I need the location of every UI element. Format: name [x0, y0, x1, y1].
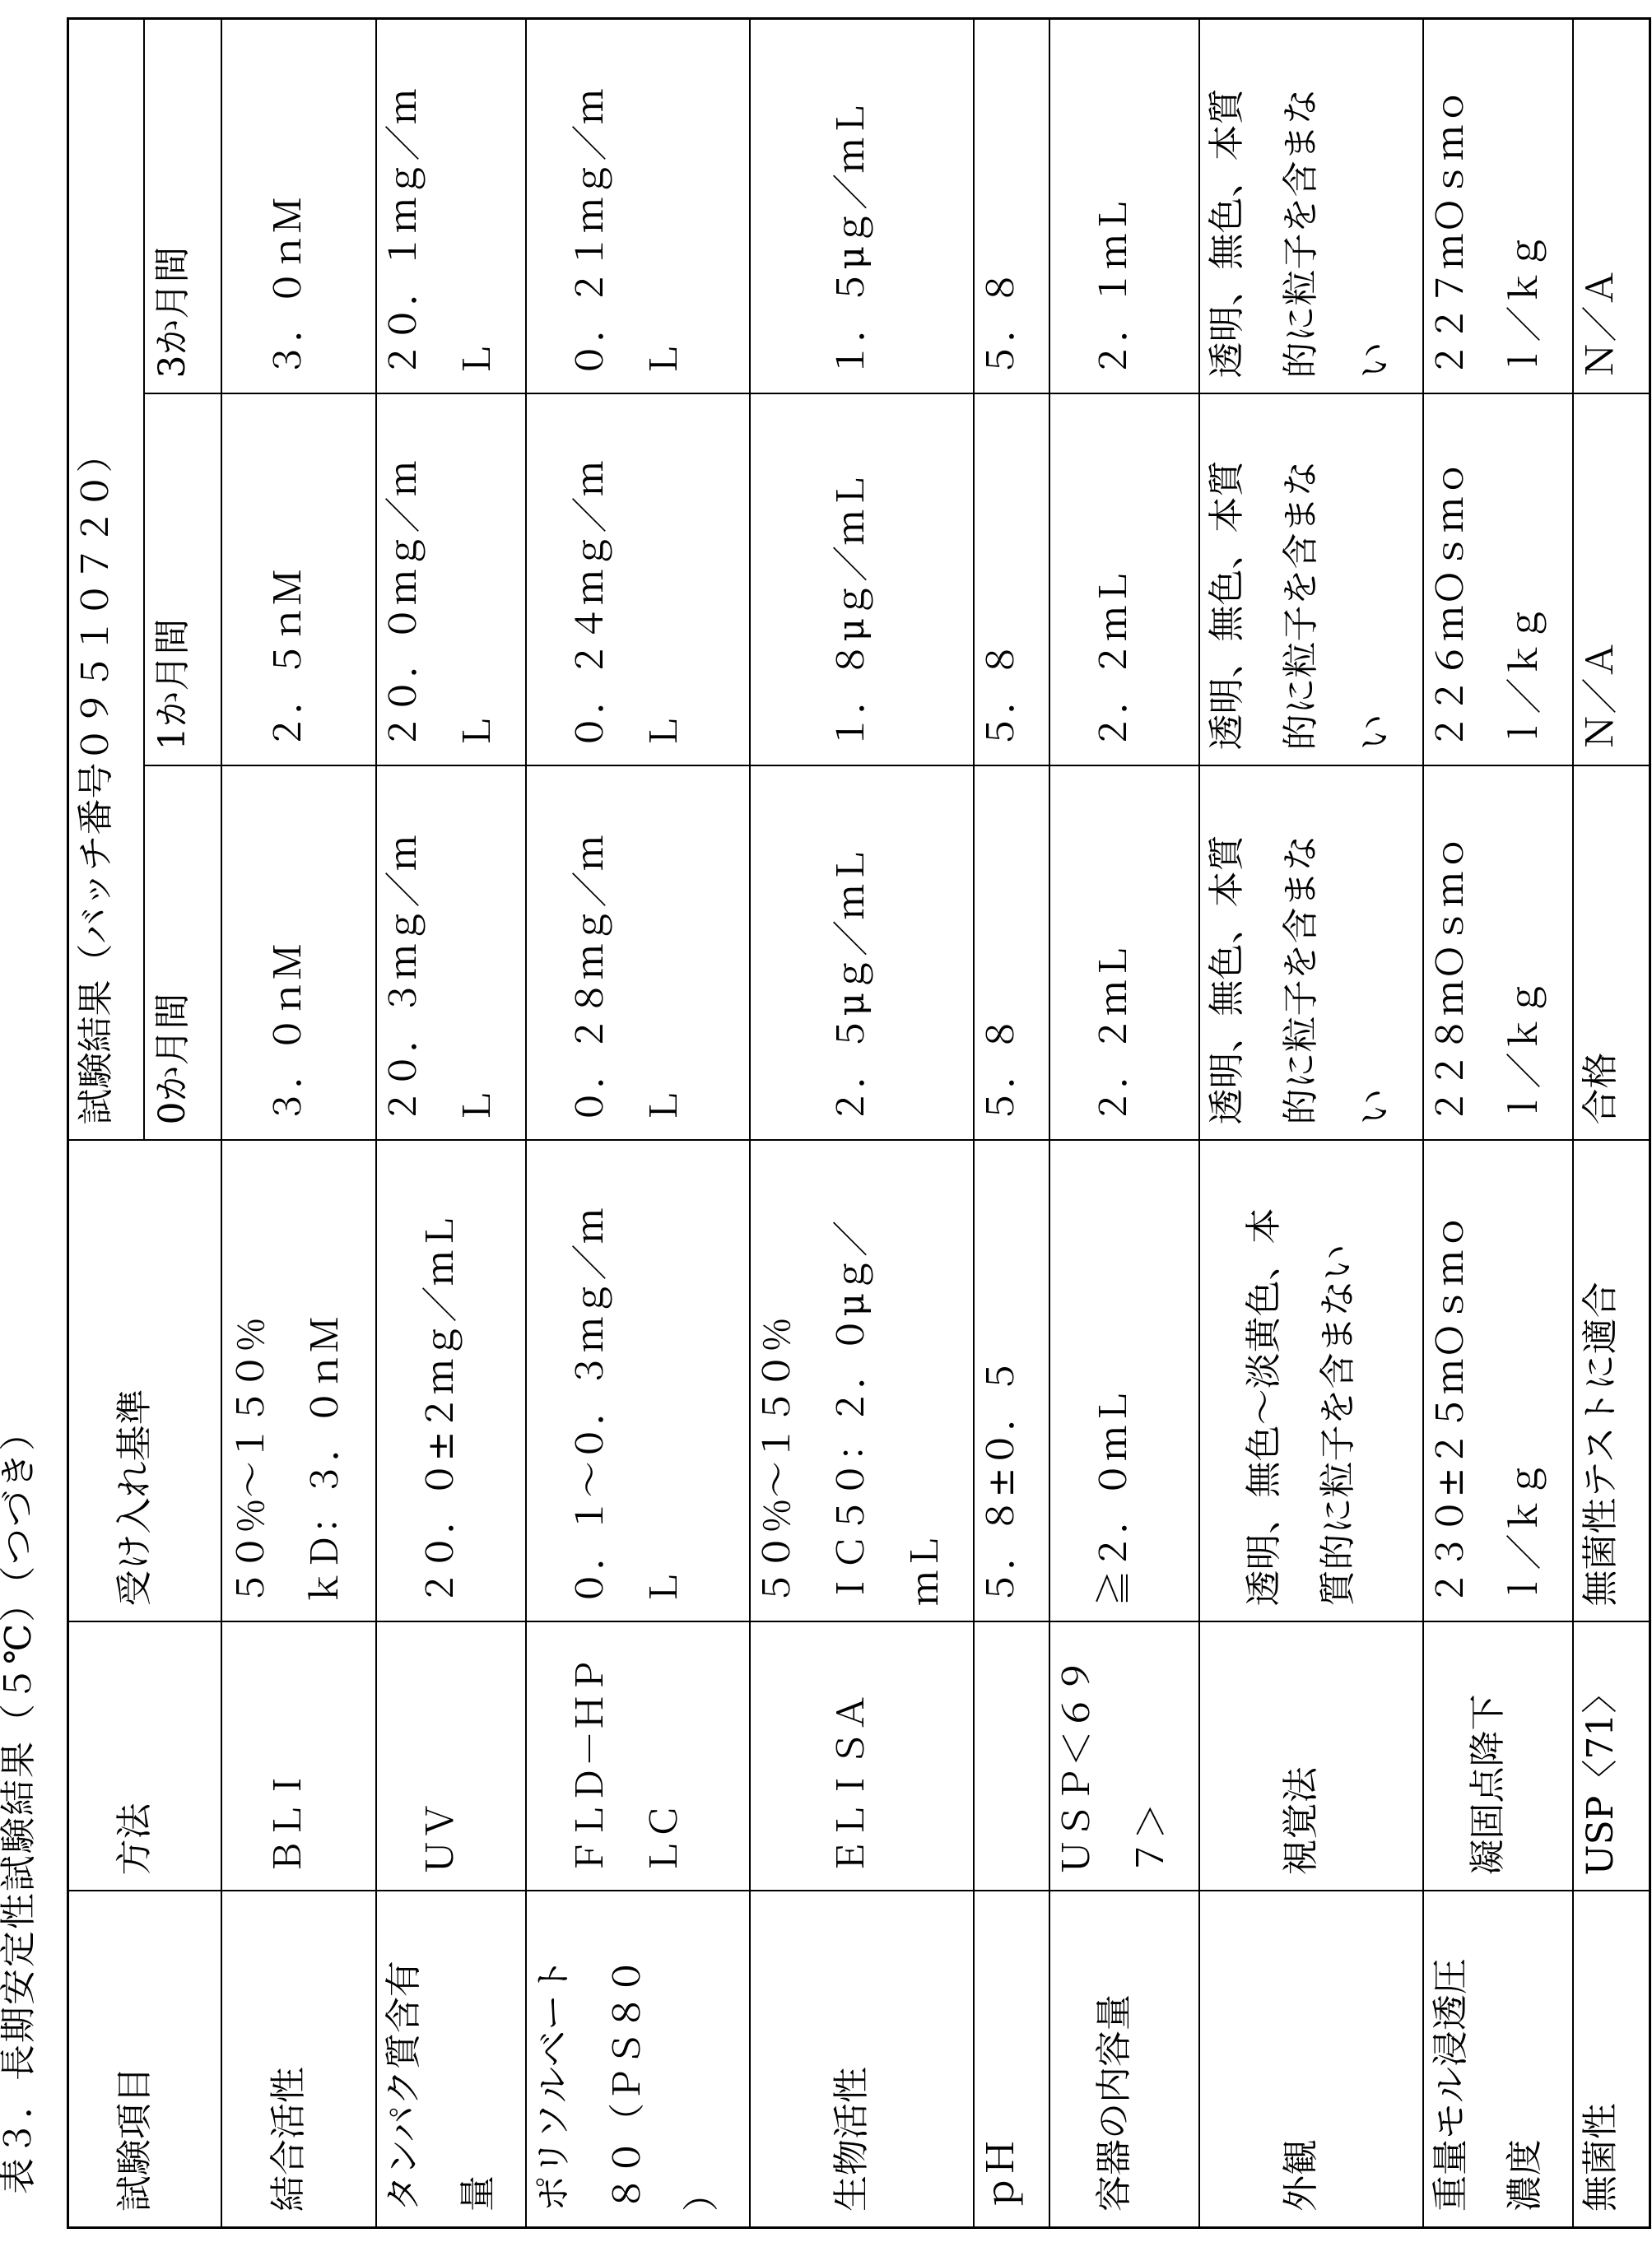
table-row: 生物活性 ＥＬＩＳＡ ５０％～１５０％ ＩＣ５０：２．０μｇ／ ｍＬ ２．５μｇ…: [750, 19, 974, 2228]
cell-result-1-month: Ｎ／Ａ: [1573, 394, 1650, 766]
cell-text: 生物活性: [815, 1892, 889, 2212]
table-row: 外観 視覚法 透明、無色～淡黄色、本 質的に粒子を含まない 透明、無色、本質 的…: [1199, 19, 1423, 2228]
header-timepoint-1-month: 1か月間: [144, 394, 221, 766]
cell-text: ２２７ｍＯｓｍｏ ｌ／ｋｇ: [1423, 20, 1562, 379]
cell-result-1-month: ２．５ｎＭ: [221, 394, 376, 766]
cell-result-1-month: ２．２ｍＬ: [1049, 394, 1199, 766]
cell-test-item: 重量モル浸透圧 濃度: [1423, 1891, 1573, 2228]
cell-text: ２３０±２５ｍＯｓｍｏ ｌ／ｋｇ: [1423, 1142, 1562, 1607]
cell-result-1-month: ０．２４ｍｇ／ｍ Ｌ: [526, 394, 750, 766]
cell-method: [974, 1622, 1049, 1891]
cell-test-item: 無菌性: [1573, 1891, 1650, 2228]
cell-text: 透明、無色、本質 的に粒子を含まな い: [1199, 395, 1412, 751]
cell-result-0-month: ０．２８ｍｇ／ｍ Ｌ: [526, 766, 750, 1141]
header-test-results: 試験結果（バッチ番号０９５１０７２０）: [68, 19, 145, 1141]
cell-text: ＵＳＰ＜６９ ７＞: [1049, 1623, 1189, 1876]
cell-test-item: ｐＨ: [974, 1891, 1049, 2228]
cell-result-0-month: ２．５μｇ／ｍＬ: [750, 766, 974, 1141]
cell-acceptance-criteria: 無菌性テストに適合: [1573, 1141, 1650, 1622]
cell-text: 無菌性: [1573, 1892, 1638, 2212]
cell-text: ５．８: [974, 767, 1039, 1125]
cell-text: ポリソルベート ８０（ＰＳ８０ ）: [526, 1892, 739, 2212]
cell-text: ０．２８ｍｇ／ｍ Ｌ: [554, 767, 702, 1125]
cell-text: ２．２ｍＬ: [1077, 767, 1152, 1125]
cell-result-3-month: 透明、無色、本質 的に粒子を含まな い: [1199, 19, 1423, 394]
cell-result-3-month: Ｎ／Ａ: [1573, 19, 1650, 394]
cell-test-item: タンパク質含有 量: [376, 1891, 526, 2228]
cell-test-item: 外観: [1199, 1891, 1423, 2228]
cell-method: ＢＬＩ: [221, 1622, 376, 1891]
table-row: ｐＨ ５．８±０．５ ５．８ ５．８ ５．８: [974, 19, 1049, 2228]
cell-text: ＥＬＩＳＡ: [815, 1623, 889, 1876]
cell-text: ３．０ｎＭ: [252, 20, 326, 379]
cell-method: ＥＬＩＳＡ: [750, 1622, 974, 1891]
cell-text: ≧２．０ｍＬ: [1077, 1142, 1152, 1607]
cell-method: ＵＶ: [376, 1622, 526, 1891]
cell-text: Ｎ／Ａ: [1573, 395, 1638, 751]
cell-text: ２０．０ｍｇ／ｍ Ｌ: [376, 395, 515, 751]
cell-text: ０．１～０．３ｍｇ／ｍ Ｌ: [554, 1142, 702, 1607]
cell-result-1-month: 透明、無色、本質 的に粒子を含まな い: [1199, 394, 1423, 766]
cell-text: タンパク質含有 量: [376, 1892, 515, 2212]
cell-text: ２．５μｇ／ｍＬ: [815, 767, 889, 1125]
cell-text: 透明、無色～淡黄色、本 質的に粒子を含まない: [1227, 1142, 1375, 1607]
header-label: 3か月間: [144, 20, 210, 379]
cell-text: ｐＨ: [974, 1892, 1039, 2212]
header-timepoint-3-month: 3か月間: [144, 19, 221, 394]
header-row: 試験項目 方法 受け入れ基準 試験結果（バッチ番号０９５１０７２０）: [68, 19, 145, 2228]
cell-acceptance-criteria: ２３０±２５ｍＯｓｍｏ ｌ／ｋｇ: [1423, 1141, 1573, 1622]
header-timepoint-0-month: 0か月間: [144, 766, 221, 1141]
cell-result-0-month: ２２８ｍＯｓｍｏ ｌ／ｋｇ: [1423, 766, 1573, 1141]
cell-text: ０．２１ｍｇ／ｍ Ｌ: [554, 20, 702, 379]
header-test-item: 試験項目: [68, 1891, 222, 2228]
cell-text: 透明、無色、本質 的に粒子を含まな い: [1199, 20, 1412, 379]
cell-result-3-month: ２２７ｍＯｓｍｏ ｌ／ｋｇ: [1423, 19, 1573, 394]
cell-result-3-month: ３．０ｎＭ: [221, 19, 376, 394]
header-acceptance-criteria: 受け入れ基準: [68, 1141, 222, 1622]
cell-result-3-month: ０．２１ｍｇ／ｍ Ｌ: [526, 19, 750, 394]
cell-text: ５．８: [974, 395, 1039, 751]
cell-result-1-month: ２２６ｍＯｓｍｏ ｌ／ｋｇ: [1423, 394, 1573, 766]
cell-method: 視覚法: [1199, 1622, 1423, 1891]
cell-result-0-month: 合格: [1573, 766, 1650, 1141]
cell-text: ０．２４ｍｇ／ｍ Ｌ: [554, 395, 702, 751]
cell-text: 外観: [1264, 1892, 1338, 2212]
cell-result-3-month: ２．１ｍＬ: [1049, 19, 1199, 394]
header-method: 方法: [68, 1622, 222, 1891]
document-page: 表３．長期安定性試験結果（５℃）（つづき） 試験項目 方法 受け入れ基準 試験結…: [0, 0, 1652, 2247]
cell-acceptance-criteria: ５０％～１５０％ ｋＤ：３．０ｎＭ: [221, 1141, 376, 1622]
cell-text: ＢＬＩ: [252, 1623, 326, 1876]
cell-result-0-month: 透明、無色、本質 的に粒子を含まな い: [1199, 766, 1423, 1141]
cell-text: ＵＶ: [404, 1623, 478, 1876]
table-row: ポリソルベート ８０（ＰＳ８０ ） ＦＬＤ－ＨＰ ＬＣ ０．１～０．３ｍｇ／ｍ …: [526, 19, 750, 2228]
cell-text: ５０％～１５０％ ＩＣ５０：２．０μｇ／ ｍＬ: [750, 1142, 963, 1607]
cell-text: ２０．０±２ｍｇ／ｍＬ: [404, 1142, 478, 1607]
cell-test-item: 結合活性: [221, 1891, 376, 2228]
cell-result-0-month: ２０．３ｍｇ／ｍ Ｌ: [376, 766, 526, 1141]
cell-text: 重量モル浸透圧 濃度: [1423, 1892, 1562, 2212]
table-caption: 表３．長期安定性試験結果（５℃）（つづき）: [0, 1413, 38, 2194]
cell-text: ２２６ｍＯｓｍｏ ｌ／ｋｇ: [1423, 395, 1562, 751]
cell-acceptance-criteria: ５．８±０．５: [974, 1141, 1049, 1622]
cell-acceptance-criteria: 透明、無色～淡黄色、本 質的に粒子を含まない: [1199, 1141, 1423, 1622]
cell-method: USP〈71〉: [1573, 1622, 1650, 1891]
table-row: タンパク質含有 量 ＵＶ ２０．０±２ｍｇ／ｍＬ ２０．３ｍｇ／ｍ Ｌ ２０．０…: [376, 19, 526, 2228]
cell-test-item: ポリソルベート ８０（ＰＳ８０ ）: [526, 1891, 750, 2228]
cell-text: ２．５ｎＭ: [252, 395, 326, 751]
cell-text: 合格: [1573, 767, 1638, 1125]
cell-result-3-month: １．５μｇ／ｍＬ: [750, 19, 974, 394]
cell-result-1-month: １．８μｇ／ｍＬ: [750, 394, 974, 766]
cell-result-3-month: ５．８: [974, 19, 1049, 394]
cell-text: ５．８: [974, 20, 1039, 379]
cell-test-item: 生物活性: [750, 1891, 974, 2228]
table-row: 無菌性 USP〈71〉 無菌性テストに適合 合格 Ｎ／Ａ Ｎ／Ａ: [1573, 19, 1650, 2228]
rotated-table-sheet: 表３．長期安定性試験結果（５℃）（つづき） 試験項目 方法 受け入れ基準 試験結…: [0, 0, 1652, 2247]
cell-text: ３．０ｎＭ: [252, 767, 326, 1125]
cell-acceptance-criteria: ≧２．０ｍＬ: [1049, 1141, 1199, 1622]
cell-result-0-month: ５．８: [974, 766, 1049, 1141]
cell-text: 凝固点降下: [1451, 1623, 1525, 1876]
cell-text: 無菌性テストに適合: [1573, 1142, 1638, 1607]
cell-text: ２０．１ｍｇ／ｍ Ｌ: [376, 20, 515, 379]
cell-text: １．５μｇ／ｍＬ: [815, 20, 889, 379]
cell-acceptance-criteria: ２０．０±２ｍｇ／ｍＬ: [376, 1141, 526, 1622]
cell-text: 容器の内容量: [1077, 1892, 1152, 2212]
cell-text: ２２８ｍＯｓｍｏ ｌ／ｋｇ: [1423, 767, 1562, 1125]
cell-result-3-month: ２０．１ｍｇ／ｍ Ｌ: [376, 19, 526, 394]
cell-method: ＦＬＤ－ＨＰ ＬＣ: [526, 1622, 750, 1891]
cell-text: １．８μｇ／ｍＬ: [815, 395, 889, 751]
cell-text: Ｎ／Ａ: [1573, 20, 1638, 379]
cell-result-1-month: ２０．０ｍｇ／ｍ Ｌ: [376, 394, 526, 766]
table-row: 結合活性 ＢＬＩ ５０％～１５０％ ｋＤ：３．０ｎＭ ３．０ｎＭ ２．５ｎＭ ３…: [221, 19, 376, 2228]
cell-method: 凝固点降下: [1423, 1622, 1573, 1891]
cell-acceptance-criteria: ５０％～１５０％ ＩＣ５０：２．０μｇ／ ｍＬ: [750, 1141, 974, 1622]
cell-result-0-month: ２．２ｍＬ: [1049, 766, 1199, 1141]
cell-text: ＦＬＤ－ＨＰ ＬＣ: [554, 1623, 702, 1876]
stability-results-table: 試験項目 方法 受け入れ基準 試験結果（バッチ番号０９５１０７２０） 0か月間 …: [67, 17, 1651, 2229]
cell-text: ５．８±０．５: [974, 1142, 1039, 1607]
cell-text: 視覚法: [1264, 1623, 1338, 1876]
cell-text: 結合活性: [252, 1892, 326, 2212]
cell-result-1-month: ５．８: [974, 394, 1049, 766]
cell-result-0-month: ３．０ｎＭ: [221, 766, 376, 1141]
table-row: 重量モル浸透圧 濃度 凝固点降下 ２３０±２５ｍＯｓｍｏ ｌ／ｋｇ ２２８ｍＯｓ…: [1423, 19, 1573, 2228]
cell-text: ２．２ｍＬ: [1077, 395, 1152, 751]
header-label: 方法: [98, 1623, 172, 1876]
header-label: 試験結果（バッチ番号０９５１０７２０）: [68, 20, 134, 1125]
cell-acceptance-criteria: ０．１～０．３ｍｇ／ｍ Ｌ: [526, 1141, 750, 1622]
cell-text: 透明、無色、本質 的に粒子を含まな い: [1199, 767, 1412, 1125]
cell-text: USP〈71〉: [1573, 1623, 1638, 1876]
cell-text: ２．１ｍＬ: [1077, 20, 1152, 379]
cell-test-item: 容器の内容量: [1049, 1891, 1199, 2228]
cell-text: ５０％～１５０％ ｋＤ：３．０ｎＭ: [221, 1142, 363, 1607]
header-label: 0か月間: [144, 767, 210, 1125]
cell-text: ２０．３ｍｇ／ｍ Ｌ: [376, 767, 515, 1125]
header-label: 1か月間: [144, 395, 210, 751]
header-label: 試験項目: [98, 1892, 172, 2212]
table-row: 容器の内容量 ＵＳＰ＜６９ ７＞ ≧２．０ｍＬ ２．２ｍＬ ２．２ｍＬ ２．１ｍ…: [1049, 19, 1199, 2228]
cell-method: ＵＳＰ＜６９ ７＞: [1049, 1622, 1199, 1891]
header-label: 受け入れ基準: [98, 1142, 172, 1607]
